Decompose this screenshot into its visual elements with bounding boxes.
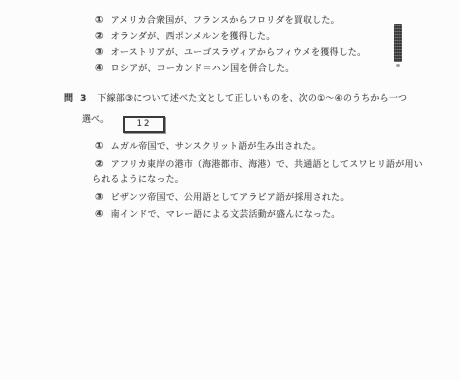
choice-item: ①ムガル帝国で、サンスクリット語が生み出された。 — [92, 139, 428, 156]
choice-text: 南インドで、マレー語による文芸活動が盛んになった。 — [111, 210, 341, 220]
choice-item: ④ロシアが、コーカンド＝ハン国を併合した。 — [92, 61, 432, 77]
choice-number: ④ — [95, 209, 104, 220]
choice-item: ②オランダが、西ポンメルンを獲得した。 — [92, 29, 432, 45]
choice-text: アメリカ合衆国が、フランスからフロリダを買収した。 — [111, 16, 340, 26]
scan-dot-mark — [396, 64, 400, 67]
question-3-options: ①ムガル帝国で、サンスクリット語が生み出された。 ②アフリカ東岸の港市（海港都市… — [92, 139, 428, 225]
question-prompt-line2: 選べ。12 — [82, 111, 434, 133]
choice-number: ③ — [95, 47, 104, 58]
question-number-label: 問 3 — [64, 94, 88, 104]
question-prompt-cont: 選べ。 — [82, 115, 109, 125]
choice-item: ①アメリカ合衆国が、フランスからフロリダを買収した。 — [92, 13, 432, 29]
answer-number-box: 12 — [123, 116, 165, 133]
choice-number: ② — [95, 31, 104, 42]
scan-smudge-mark — [394, 24, 402, 62]
question-3: 問 3下線部③について述べた文として正しいものを、次の①～④のうちから一つ 選べ… — [64, 92, 434, 133]
choice-text: アフリカ東岸の港市（海港都市、海港）で、共通語としてスワヒリ語が用いられるように… — [92, 160, 423, 186]
question-prompt-line1: 問 3下線部③について述べた文として正しいものを、次の①～④のうちから一つ — [64, 92, 434, 107]
choice-text: ロシアが、コーカンド＝ハン国を併合した。 — [111, 64, 295, 74]
choice-item: ③オーストリアが、ユーゴスラヴィアからフィウメを獲得した。 — [92, 45, 432, 61]
choice-number: ③ — [95, 192, 104, 203]
choice-item: ②アフリカ東岸の港市（海港都市、海港）で、共通語としてスワヒリ語が用いられるよう… — [92, 157, 428, 189]
previous-question-options: ①アメリカ合衆国が、フランスからフロリダを買収した。 ②オランダが、西ポンメルン… — [92, 13, 432, 77]
choice-text: オランダが、西ポンメルンを獲得した。 — [111, 32, 276, 42]
choice-number: ④ — [95, 63, 104, 74]
choice-text: ムガル帝国で、サンスクリット語が生み出された。 — [111, 142, 321, 152]
scanned-exam-page: ①アメリカ合衆国が、フランスからフロリダを買収した。 ②オランダが、西ポンメルン… — [0, 0, 460, 380]
question-prompt-text: 下線部③について述べた文として正しいものを、次の①～④のうちから一つ — [97, 94, 407, 104]
choice-number: ② — [95, 159, 104, 170]
choice-item: ④南インドで、マレー語による文芸活動が盛んになった。 — [92, 207, 428, 224]
choice-number: ① — [95, 15, 104, 26]
choice-number: ① — [95, 141, 104, 152]
choice-text: ビザンツ帝国で、公用語としてアラビア語が採用された。 — [111, 193, 350, 203]
choice-item: ③ビザンツ帝国で、公用語としてアラビア語が採用された。 — [92, 190, 428, 207]
choice-text: オーストリアが、ユーゴスラヴィアからフィウメを獲得した。 — [111, 48, 367, 58]
